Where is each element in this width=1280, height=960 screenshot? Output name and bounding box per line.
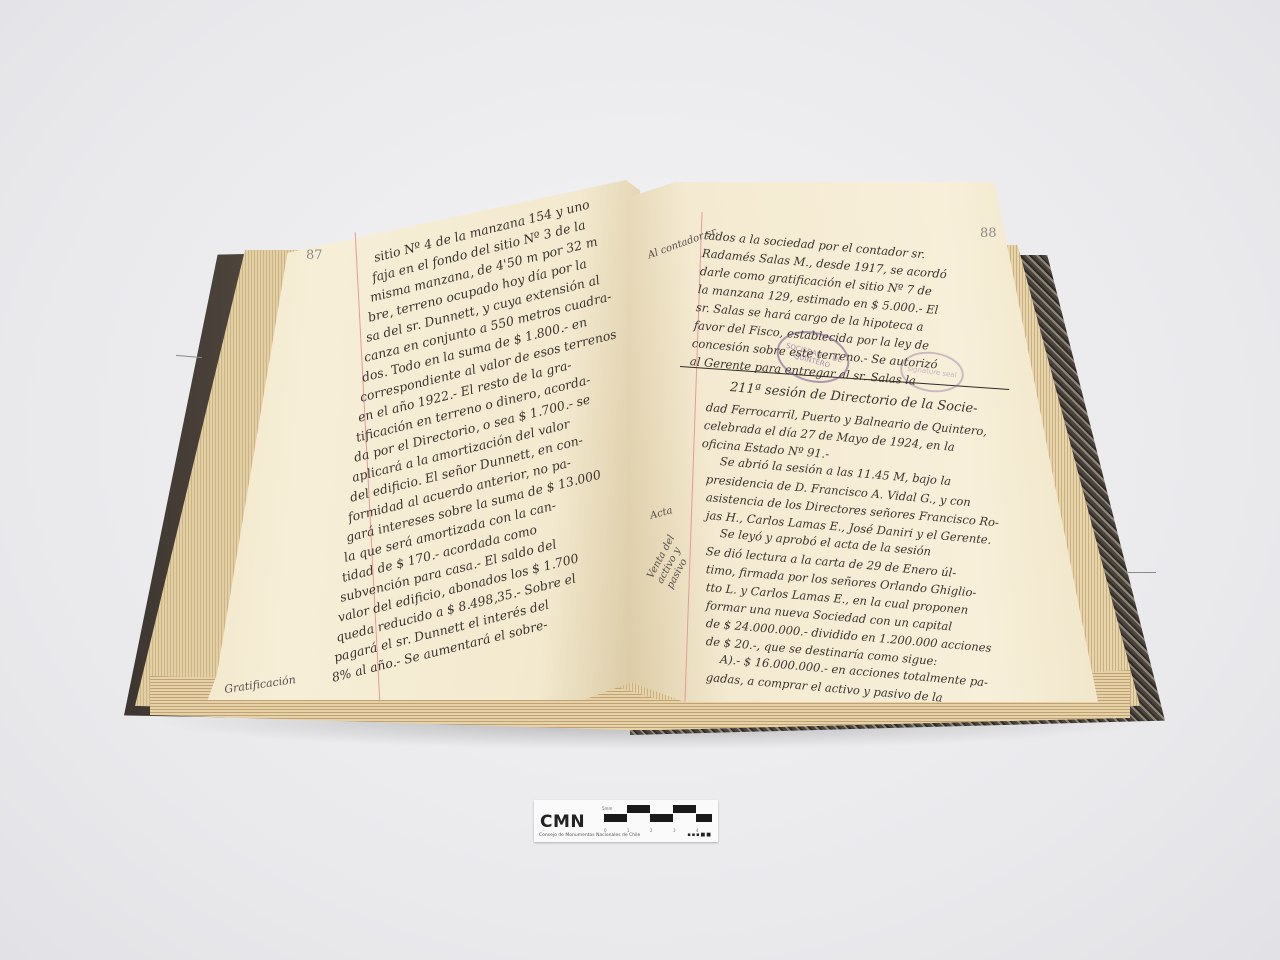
scale-tick: 3 xyxy=(673,828,676,833)
loose-thread xyxy=(1128,572,1156,573)
scale-square xyxy=(627,805,650,813)
scale-unit: 5mm xyxy=(602,806,612,811)
scale-dots-icon: ▪▪▪■■ xyxy=(687,832,712,838)
scale-square xyxy=(696,814,712,822)
scale-square xyxy=(650,814,673,822)
photo-scene: 87 Gratificación sitio Nº 4 de la manzan… xyxy=(0,0,1280,960)
cmn-logo: CMN xyxy=(540,812,585,832)
left-page-number: 87 xyxy=(306,248,323,263)
scale-reference-card: CMN 5mm 0 1 2 3 4 Consejo de Monumentos … xyxy=(534,800,718,842)
cmn-org-name: Consejo de Monumentos Nacionales de Chil… xyxy=(539,833,640,838)
scale-square xyxy=(673,805,696,813)
scale-tick: 2 xyxy=(650,828,653,833)
right-page-number: 88 xyxy=(980,226,997,241)
scale-square xyxy=(604,814,627,822)
